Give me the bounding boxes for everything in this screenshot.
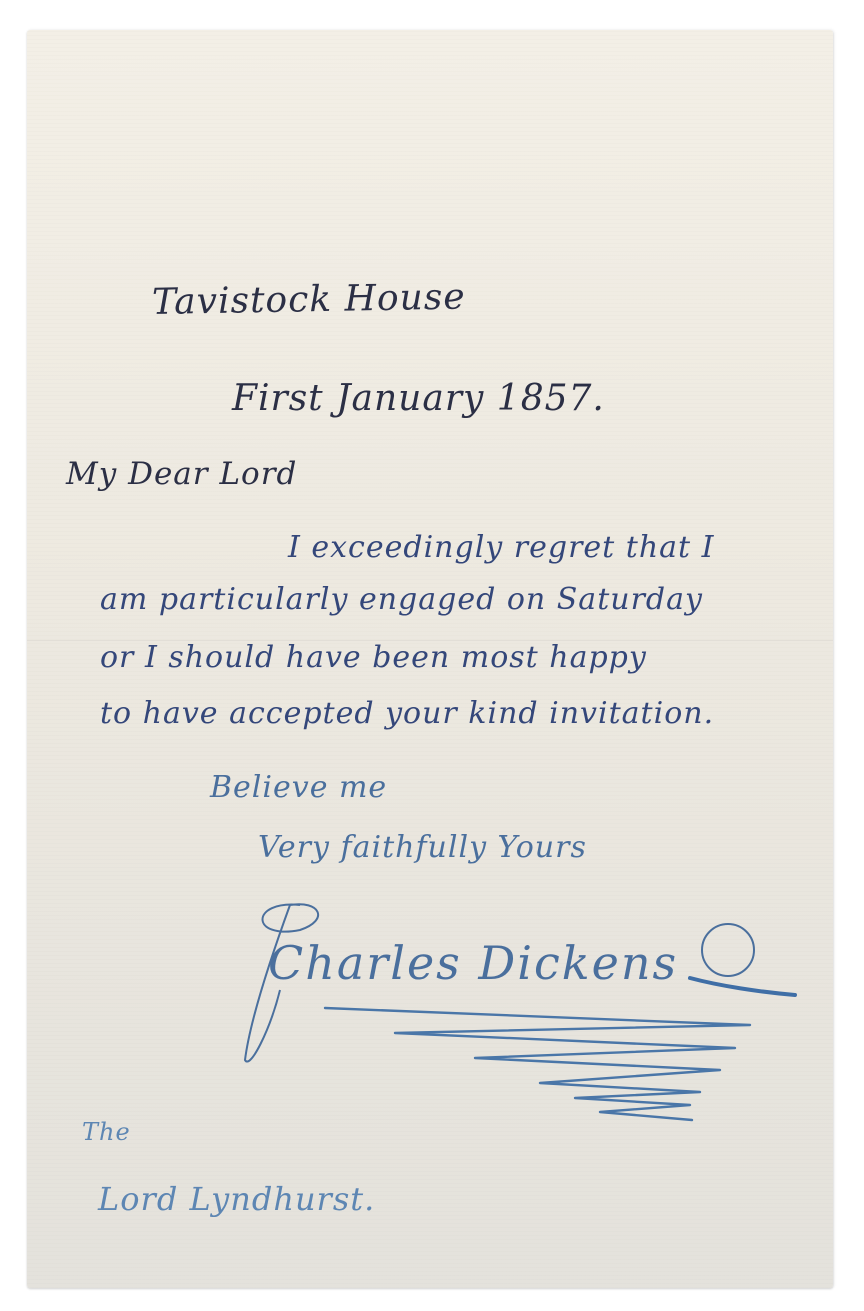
signature-flourish-icon <box>0 0 864 1311</box>
letter-addressee-line-2: Lord Lyndhurst. <box>98 1180 375 1218</box>
letter-addressee-line-1: The <box>82 1118 131 1146</box>
